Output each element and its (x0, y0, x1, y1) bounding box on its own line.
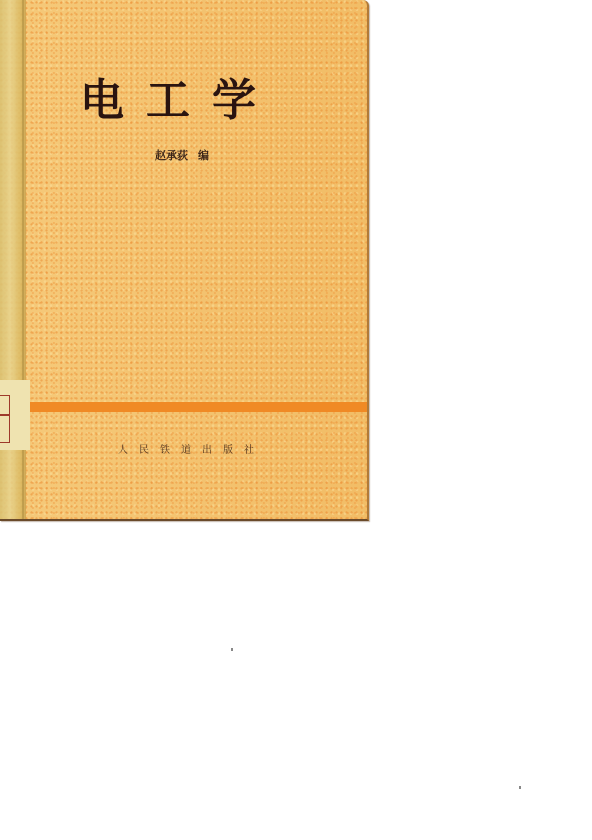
book-title: 电工学 (80, 76, 310, 126)
book-cover: 电工学 赵承荻编 人民铁道出版社 (0, 0, 369, 521)
author-name: 赵承荻 (155, 149, 188, 162)
scan-speck (231, 648, 233, 651)
author-line: 赵承荻编 (155, 147, 209, 163)
decorative-stripe (30, 402, 367, 412)
publisher-name: 人民铁道出版社 (118, 441, 265, 456)
author-role: 编 (198, 149, 209, 162)
scan-speck (519, 786, 521, 789)
library-label-stamp (0, 395, 10, 443)
